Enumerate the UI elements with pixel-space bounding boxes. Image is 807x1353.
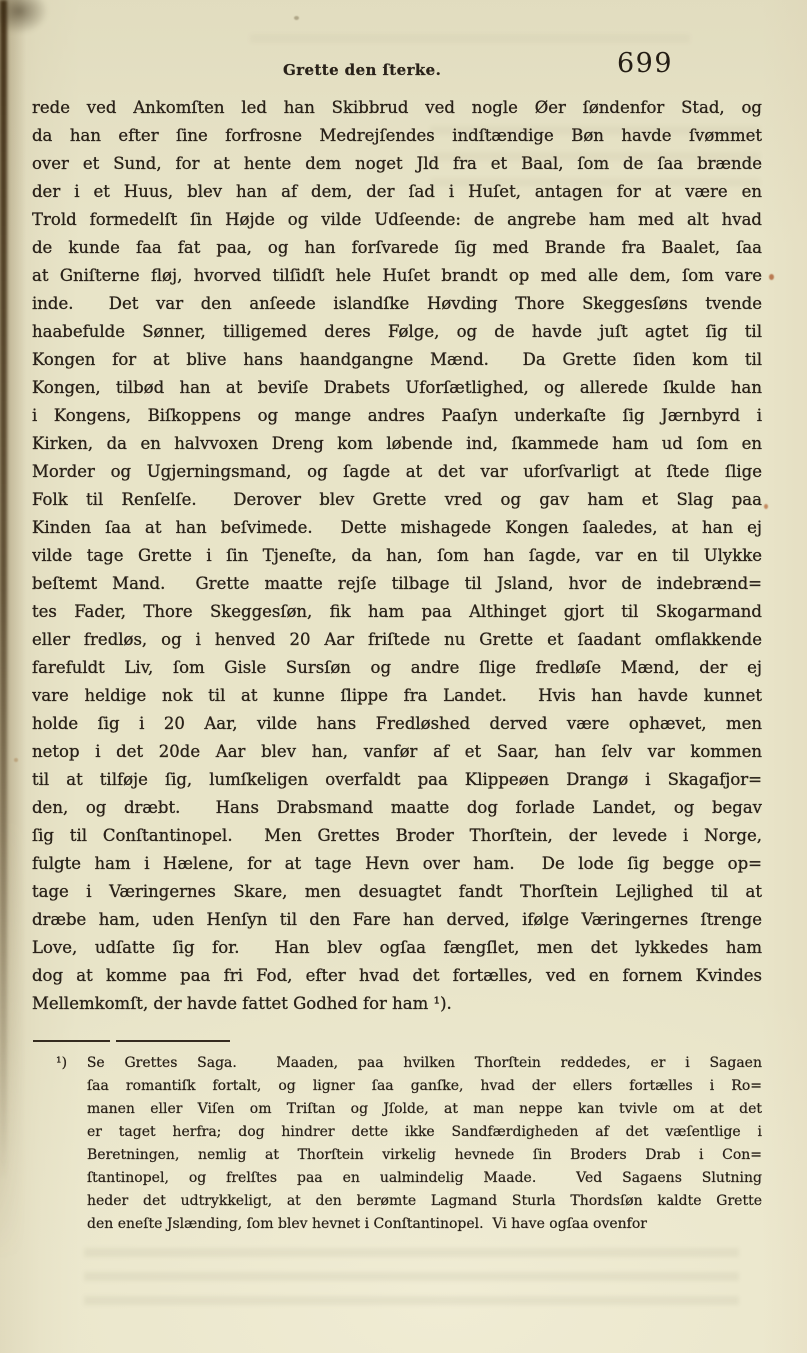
body-text: rede ved Ankomſten led han Skibbrud ved … bbox=[32, 94, 762, 1018]
text-line: tage i Væringernes Skare, men desuagtet … bbox=[32, 878, 762, 906]
text-line: den, og dræbt. Hans Drabsmand maatte dog… bbox=[32, 794, 762, 822]
text-line: Kongen for at blive hans haandgangne Mæn… bbox=[32, 346, 762, 374]
text-line: i Kongens, Biſkoppens og mange andres Pa… bbox=[32, 402, 762, 430]
text-line: Trold formedelſt ſin Højde og vilde Udſe… bbox=[32, 206, 762, 234]
text-line: farefuldt Liv, ſom Gisle Sursſøn og andr… bbox=[32, 654, 762, 682]
book-page: Grette den ſterke. 699 rede ved Ankomſte… bbox=[0, 0, 807, 1353]
footnote-rule-segment bbox=[33, 1040, 110, 1042]
footnote-line: ſaa romantiſk fortalt, og ligner ſaa gan… bbox=[87, 1075, 762, 1098]
text-line: ſig til Conſtantinopel. Men Grettes Brod… bbox=[32, 822, 762, 850]
text-line: dog at komme paa fri Fod, efter hvad det… bbox=[32, 962, 762, 990]
page-number: 699 bbox=[617, 48, 673, 79]
footnote-rule-segment bbox=[116, 1040, 230, 1042]
text-line: fulgte ham i Hælene, for at tage Hevn ov… bbox=[32, 850, 762, 878]
text-line: holde ſig i 20 Aar, vilde hans Fredløshe… bbox=[32, 710, 762, 738]
text-line: Kirken, da en halvvoxen Dreng kom løbend… bbox=[32, 430, 762, 458]
footnote-line: ¹) Se Grettes Saga. Maaden, paa hvilken … bbox=[56, 1052, 762, 1075]
paper-stain bbox=[14, 758, 18, 762]
page-header: Grette den ſterke. 699 bbox=[0, 48, 807, 94]
corner-stain bbox=[0, 0, 48, 34]
text-line: Kinden ſaa at han beſvimede. Dette misha… bbox=[32, 514, 762, 542]
footnote-line: den eneſte Jslænding, ſom blev hevnet i … bbox=[87, 1213, 762, 1236]
text-line: Morder og Ugjerningsmand, og ſagde at de… bbox=[32, 458, 762, 486]
page-gutter-shadow-dark bbox=[0, 0, 7, 1180]
text-line: eller fredløs, og i henved 20 Aar friſte… bbox=[32, 626, 762, 654]
text-line: Love, udſatte ſig for. Han blev ogſaa fæ… bbox=[32, 934, 762, 962]
footnote: ¹) Se Grettes Saga. Maaden, paa hvilken … bbox=[32, 1052, 762, 1236]
text-line: haabefulde Sønner, tilligemed deres Følg… bbox=[32, 318, 762, 346]
text-line: beſtemt Mand. Grette maatte rejſe tilbag… bbox=[32, 570, 762, 598]
paper-stain bbox=[764, 504, 768, 509]
footnote-line: heder det udtrykkeligt, at den berømte L… bbox=[87, 1190, 762, 1213]
paper-stain bbox=[769, 274, 774, 280]
paper-stain bbox=[294, 16, 299, 20]
text-line: der i et Huus, blev han af dem, der ſad … bbox=[32, 178, 762, 206]
bleed-through-text bbox=[84, 1248, 739, 1310]
text-line: vilde tage Grette i ſin Tjeneſte, da han… bbox=[32, 542, 762, 570]
text-line: netop i det 20de Aar blev han, vanfør af… bbox=[32, 738, 762, 766]
footnote-rule bbox=[32, 1040, 242, 1043]
footnote-line: manen eller Viſen om Triſtan og Jſolde, … bbox=[87, 1098, 762, 1121]
text-line: vare heldige nok til at kunne ſlippe fra… bbox=[32, 682, 762, 710]
text-line: inde. Det var den anſeede islandſke Høvd… bbox=[32, 290, 762, 318]
text-line: Mellemkomſt, der havde fattet Godhed for… bbox=[32, 990, 762, 1018]
text-line: de kunde faa fat paa, og han forſvarede … bbox=[32, 234, 762, 262]
text-line: dræbe ham, uden Henſyn til den Fare han … bbox=[32, 906, 762, 934]
text-line: tes Fader, Thore Skeggesſøn, fik ham paa… bbox=[32, 598, 762, 626]
running-title: Grette den ſterke. bbox=[283, 61, 441, 79]
footnote-line: Beretningen, nemlig at Thorſtein virkeli… bbox=[87, 1144, 762, 1167]
text-line: rede ved Ankomſten led han Skibbrud ved … bbox=[32, 94, 762, 122]
text-line: da han efter ſine forfrosne Medrejſendes… bbox=[32, 122, 762, 150]
footnote-line: er taget herfra; dog hindrer dette ikke … bbox=[87, 1121, 762, 1144]
text-line: Folk til Renſelſe. Derover blev Grette v… bbox=[32, 486, 762, 514]
text-line: til at tilføje ſig, lumſkeligen overfald… bbox=[32, 766, 762, 794]
text-line: over et Sund, for at hente dem noget Jld… bbox=[32, 150, 762, 178]
text-line: Kongen, tilbød han at beviſe Drabets Ufo… bbox=[32, 374, 762, 402]
footnote-line: ſtantinopel, og frelſtes paa en ualminde… bbox=[87, 1167, 762, 1190]
text-line: at Gniſterne fløj, hvorved tilſidſt hele… bbox=[32, 262, 762, 290]
